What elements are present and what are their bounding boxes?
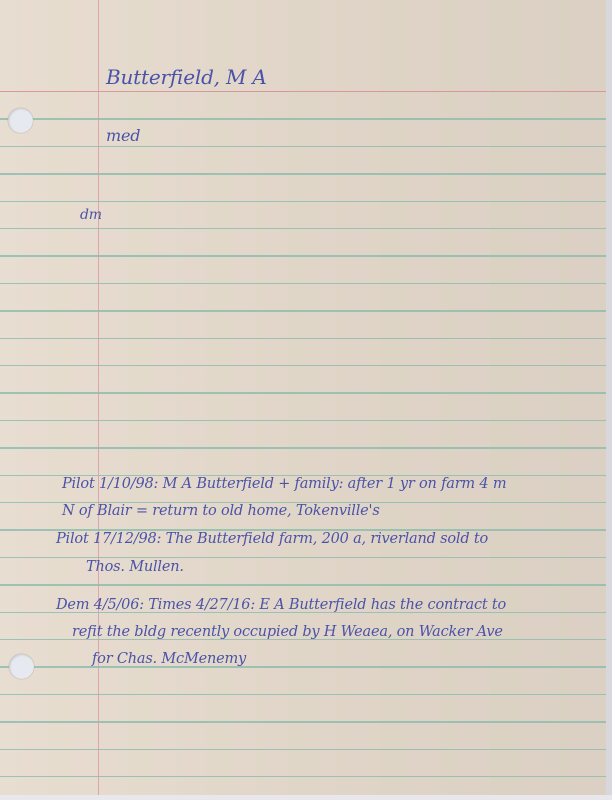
blue-rule [0, 420, 608, 421]
blue-rule [0, 694, 608, 695]
blue-rule [0, 365, 608, 366]
entry-1-line-2: N of Blair = return to old home, Tokenvi… [62, 503, 380, 519]
punch-hole-bottom [9, 654, 34, 679]
blue-rule [0, 118, 608, 119]
entry-2-line-1: Pilot 17/12/98: The Butterfield farm, 20… [56, 531, 488, 547]
occupation-label: med [106, 126, 140, 145]
entry-2-line-2: Thos. Mullen. [86, 559, 184, 575]
heading-name: Butterfield, M A [106, 65, 267, 89]
blue-rule [0, 749, 608, 750]
lined-paper-page: Butterfield, M A med dm Pilot 1/10/98: M… [0, 0, 608, 795]
blue-rule [0, 584, 608, 585]
blue-rule [0, 338, 608, 339]
entry-3-line-2: refit the bldg recently occupied by H We… [72, 624, 503, 640]
blue-rule [0, 557, 608, 558]
blue-rule [0, 255, 608, 256]
blue-rule [0, 173, 608, 174]
blue-rule [0, 310, 608, 311]
blue-rule [0, 146, 608, 147]
blue-rule [0, 721, 608, 722]
scan-edge-right [606, 0, 612, 800]
blue-rule [0, 447, 608, 448]
blue-rule [0, 228, 608, 229]
entry-1-line-1: Pilot 1/10/98: M A Butterfield + family:… [62, 476, 506, 492]
blue-rule [0, 201, 608, 202]
top-red-rule [0, 91, 608, 92]
blue-rule [0, 283, 608, 284]
entry-3-line-1: Dem 4/5/06: Times 4/27/16: E A Butterfie… [56, 597, 506, 613]
blue-rule [0, 776, 608, 777]
margin-label: dm [80, 207, 102, 223]
blue-rule [0, 392, 608, 393]
scan-edge-bottom [0, 795, 612, 800]
entry-3-line-3: for Chas. McMenemy [92, 651, 246, 667]
punch-hole-top [8, 108, 33, 133]
